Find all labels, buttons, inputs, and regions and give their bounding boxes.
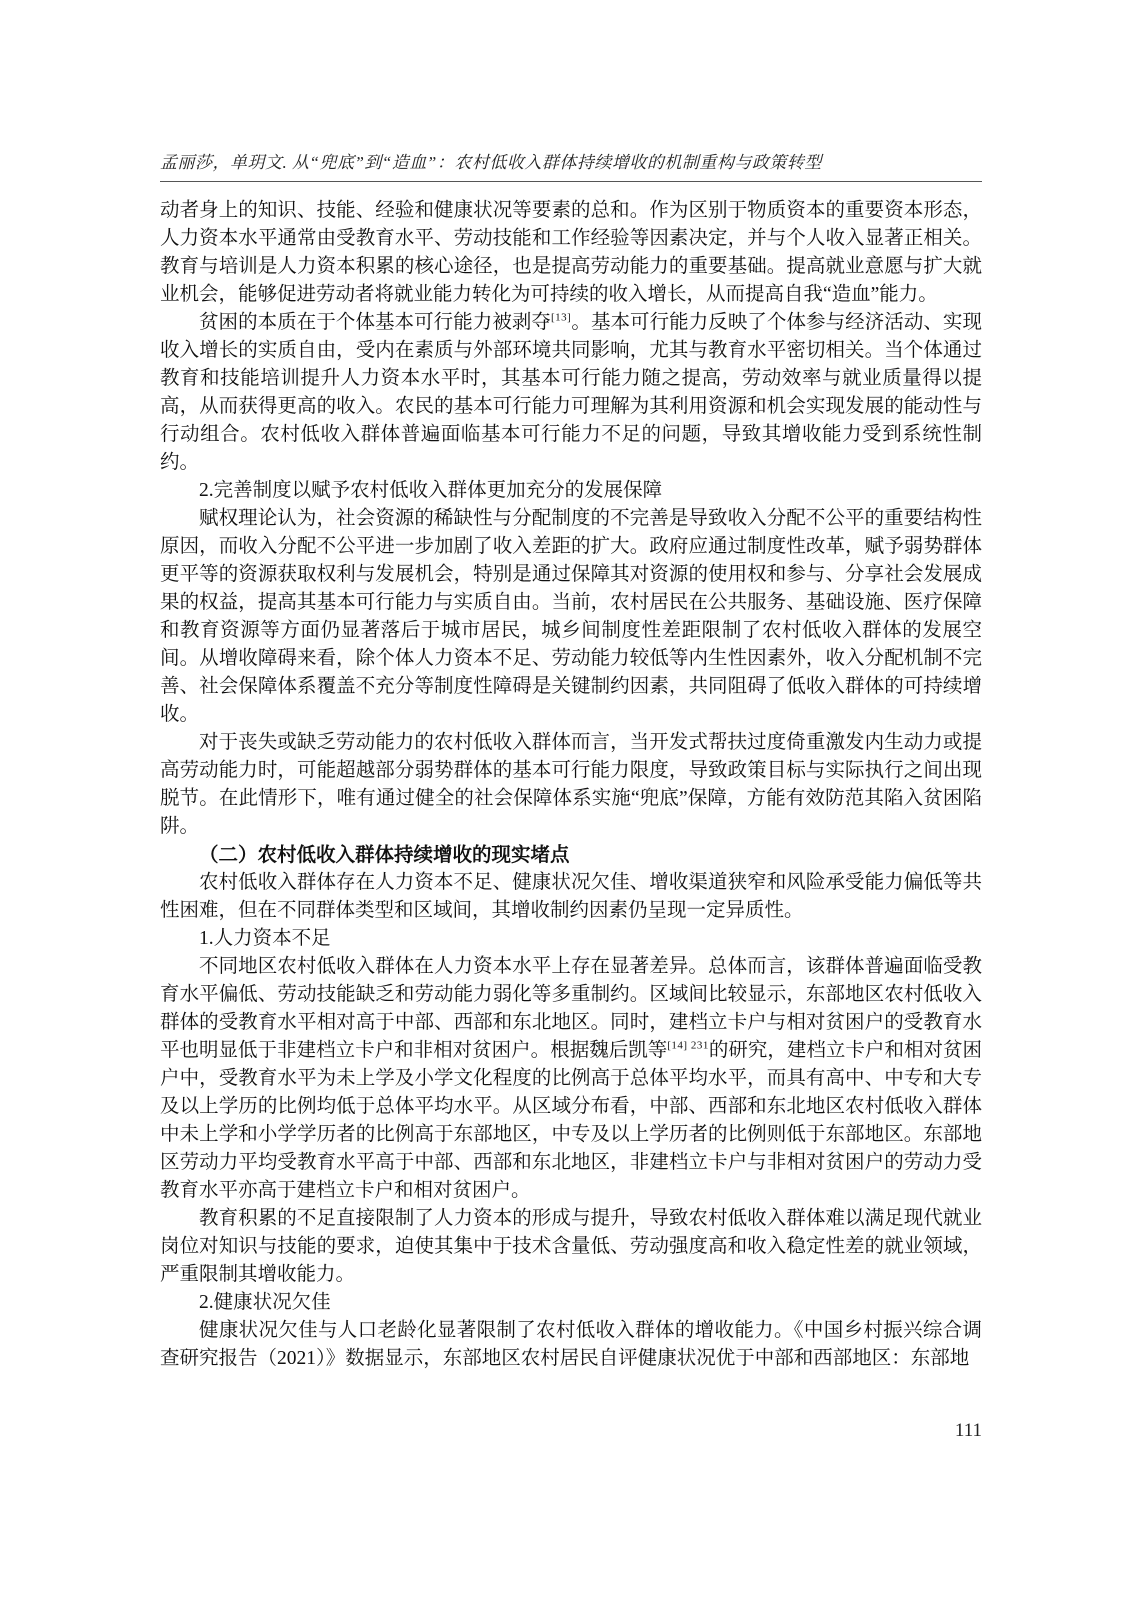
paragraph-text: 健康状况欠佳与人口老龄化显著限制了农村低收入群体的增收能力。《中国乡村振兴综合调…: [160, 1320, 982, 1369]
citation-superscript: [14] 231: [667, 1040, 709, 1052]
paragraph: 健康状况欠佳与人口老龄化显著限制了农村低收入群体的增收能力。《中国乡村振兴综合调…: [160, 1317, 982, 1373]
paragraph: 贫困的本质在于个体基本可行能力被剥夺[13]。基本可行能力反映了个体参与经济活动…: [160, 309, 982, 477]
paper-page: 孟丽莎，单玥文. 从“兜底”到“造血”：农村低收入群体持续增收的机制重构与政策转…: [0, 0, 1140, 1600]
section-heading-text: （二）农村低收入群体持续增收的现实堵点: [199, 844, 570, 866]
citation-superscript: [13]: [551, 312, 571, 324]
page-number: 111: [160, 1420, 982, 1442]
article-body: 动者身上的知识、技能、经验和健康状况等要素的总和。作为区别于物质资本的重要资本形…: [160, 197, 982, 1373]
paragraph-text: 农村低收入群体存在人力资本不足、健康状况欠佳、增收渠道狭窄和风险承受能力偏低等共…: [160, 872, 982, 921]
paragraph-text: 对于丧失或缺乏劳动能力的农村低收入群体而言，当开发式帮扶过度倚重激发内生动力或提…: [160, 732, 982, 837]
paragraph: 不同地区农村低收入群体在人力资本水平上存在显著差异。总体而言，该群体普遍面临受教…: [160, 953, 982, 1205]
paragraph: 对于丧失或缺乏劳动能力的农村低收入群体而言，当开发式帮扶过度倚重激发内生动力或提…: [160, 729, 982, 841]
running-head: 孟丽莎，单玥文. 从“兜底”到“造血”：农村低收入群体持续增收的机制重构与政策转…: [160, 148, 982, 182]
paragraph-text: 。基本可行能力反映了个体参与经济活动、实现收入增长的实质自由，受内在素质与外部环…: [160, 312, 982, 473]
page-content: 孟丽莎，单玥文. 从“兜底”到“造血”：农村低收入群体持续增收的机制重构与政策转…: [160, 148, 982, 1373]
paragraph-text: 的研究，建档立卡户和相对贫困户中，受教育水平为未上学及小学文化程度的比例高于总体…: [160, 1040, 982, 1201]
paragraph: 农村低收入群体存在人力资本不足、健康状况欠佳、增收渠道狭窄和风险承受能力偏低等共…: [160, 869, 982, 925]
section-heading: （二）农村低收入群体持续增收的现实堵点: [160, 841, 982, 869]
numbered-subheading: 2.健康状况欠佳: [160, 1289, 982, 1317]
paragraph-text: 教育积累的不足直接限制了人力资本的形成与提升，导致农村低收入群体难以满足现代就业…: [160, 1208, 982, 1285]
numbered-subheading: 1.人力资本不足: [160, 925, 982, 953]
subheading-text: 1.人力资本不足: [199, 928, 331, 949]
paragraph-text: 贫困的本质在于个体基本可行能力被剥夺: [199, 312, 551, 333]
numbered-subheading: 2.完善制度以赋予农村低收入群体更加充分的发展保障: [160, 477, 982, 505]
paragraph: 动者身上的知识、技能、经验和健康状况等要素的总和。作为区别于物质资本的重要资本形…: [160, 197, 982, 309]
paragraph: 赋权理论认为，社会资源的稀缺性与分配制度的不完善是导致收入分配不公平的重要结构性…: [160, 505, 982, 729]
subheading-text: 2.健康状况欠佳: [199, 1292, 331, 1313]
paragraph: 教育积累的不足直接限制了人力资本的形成与提升，导致农村低收入群体难以满足现代就业…: [160, 1205, 982, 1289]
paragraph-text: 赋权理论认为，社会资源的稀缺性与分配制度的不完善是导致收入分配不公平的重要结构性…: [160, 508, 982, 725]
subheading-text: 2.完善制度以赋予农村低收入群体更加充分的发展保障: [199, 480, 662, 501]
paragraph-text: 动者身上的知识、技能、经验和健康状况等要素的总和。作为区别于物质资本的重要资本形…: [160, 200, 982, 305]
